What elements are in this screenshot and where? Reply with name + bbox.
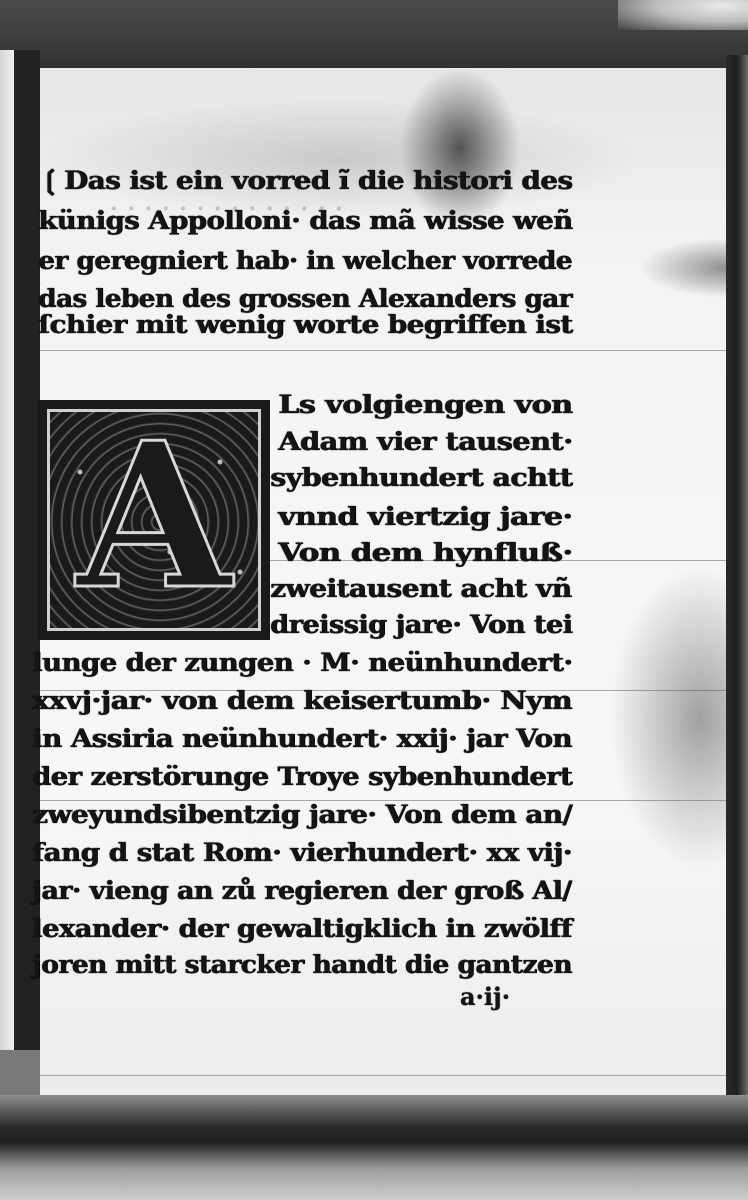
body-line: xxvj·jar· von dem keisertumb· Nym xyxy=(32,688,572,713)
heading-line-text: Das ist ein vorred ĩ die histori des xyxy=(64,166,572,195)
body-line: dreissig jare· Von tei xyxy=(270,612,572,637)
body-line: in Assiria neünhundert· xxij· jar Von xyxy=(32,726,572,751)
facing-page-edge xyxy=(0,50,14,1050)
body-line: Von dem hynfluß· xyxy=(278,540,572,565)
body-line: vnnd viertzig jare· xyxy=(278,504,572,529)
body-line: joren mitt starcker handt die gantzen xyxy=(32,952,572,977)
page-right-shadow xyxy=(726,55,748,1135)
body-line: lexander· der gewaltigklich in zwölff xyxy=(32,916,572,941)
ruling-line xyxy=(40,1075,730,1076)
body-line: der zerstörunge Troye sybenhundert xyxy=(32,764,572,789)
body-line: fang d stat Rom· vierhundert· xx vij· xyxy=(32,840,572,865)
signature-mark: a·ij· xyxy=(460,982,510,1011)
heading-line: ❲Das ist ein vorred ĩ die histori des xyxy=(38,168,572,194)
heading-line: er geregniert hab· in welcher vorrede xyxy=(38,248,572,273)
decorated-initial: A xyxy=(38,400,270,640)
heading-line: ſchier mit wenig worte begriffen ist xyxy=(38,312,572,337)
show-through-text: · · · · · · · · · · · · · · xyxy=(110,196,344,222)
body-line: Ls volgiengen von xyxy=(278,392,572,417)
heading-line: das leben des grossen Alexanders gar xyxy=(38,286,572,311)
body-line: lunge der zungen · M· neünhundert· xyxy=(32,650,572,675)
body-line: Adam vier tausent· xyxy=(278,429,572,454)
body-line: zweyundsibentzig jare· Von dem an/ xyxy=(32,802,572,827)
scan-light-spot xyxy=(618,0,748,30)
body-line: zweitausent acht vñ xyxy=(270,576,571,601)
initial-letter: A xyxy=(41,407,267,627)
ruling-line xyxy=(40,350,730,351)
scan-bottom-border xyxy=(0,1095,748,1200)
body-line: sybenhundert achtt xyxy=(270,465,572,490)
paragraph-mark-icon: ❲ xyxy=(38,166,62,196)
body-line: jar· vieng an zů regieren der groß Al/ xyxy=(32,878,571,903)
